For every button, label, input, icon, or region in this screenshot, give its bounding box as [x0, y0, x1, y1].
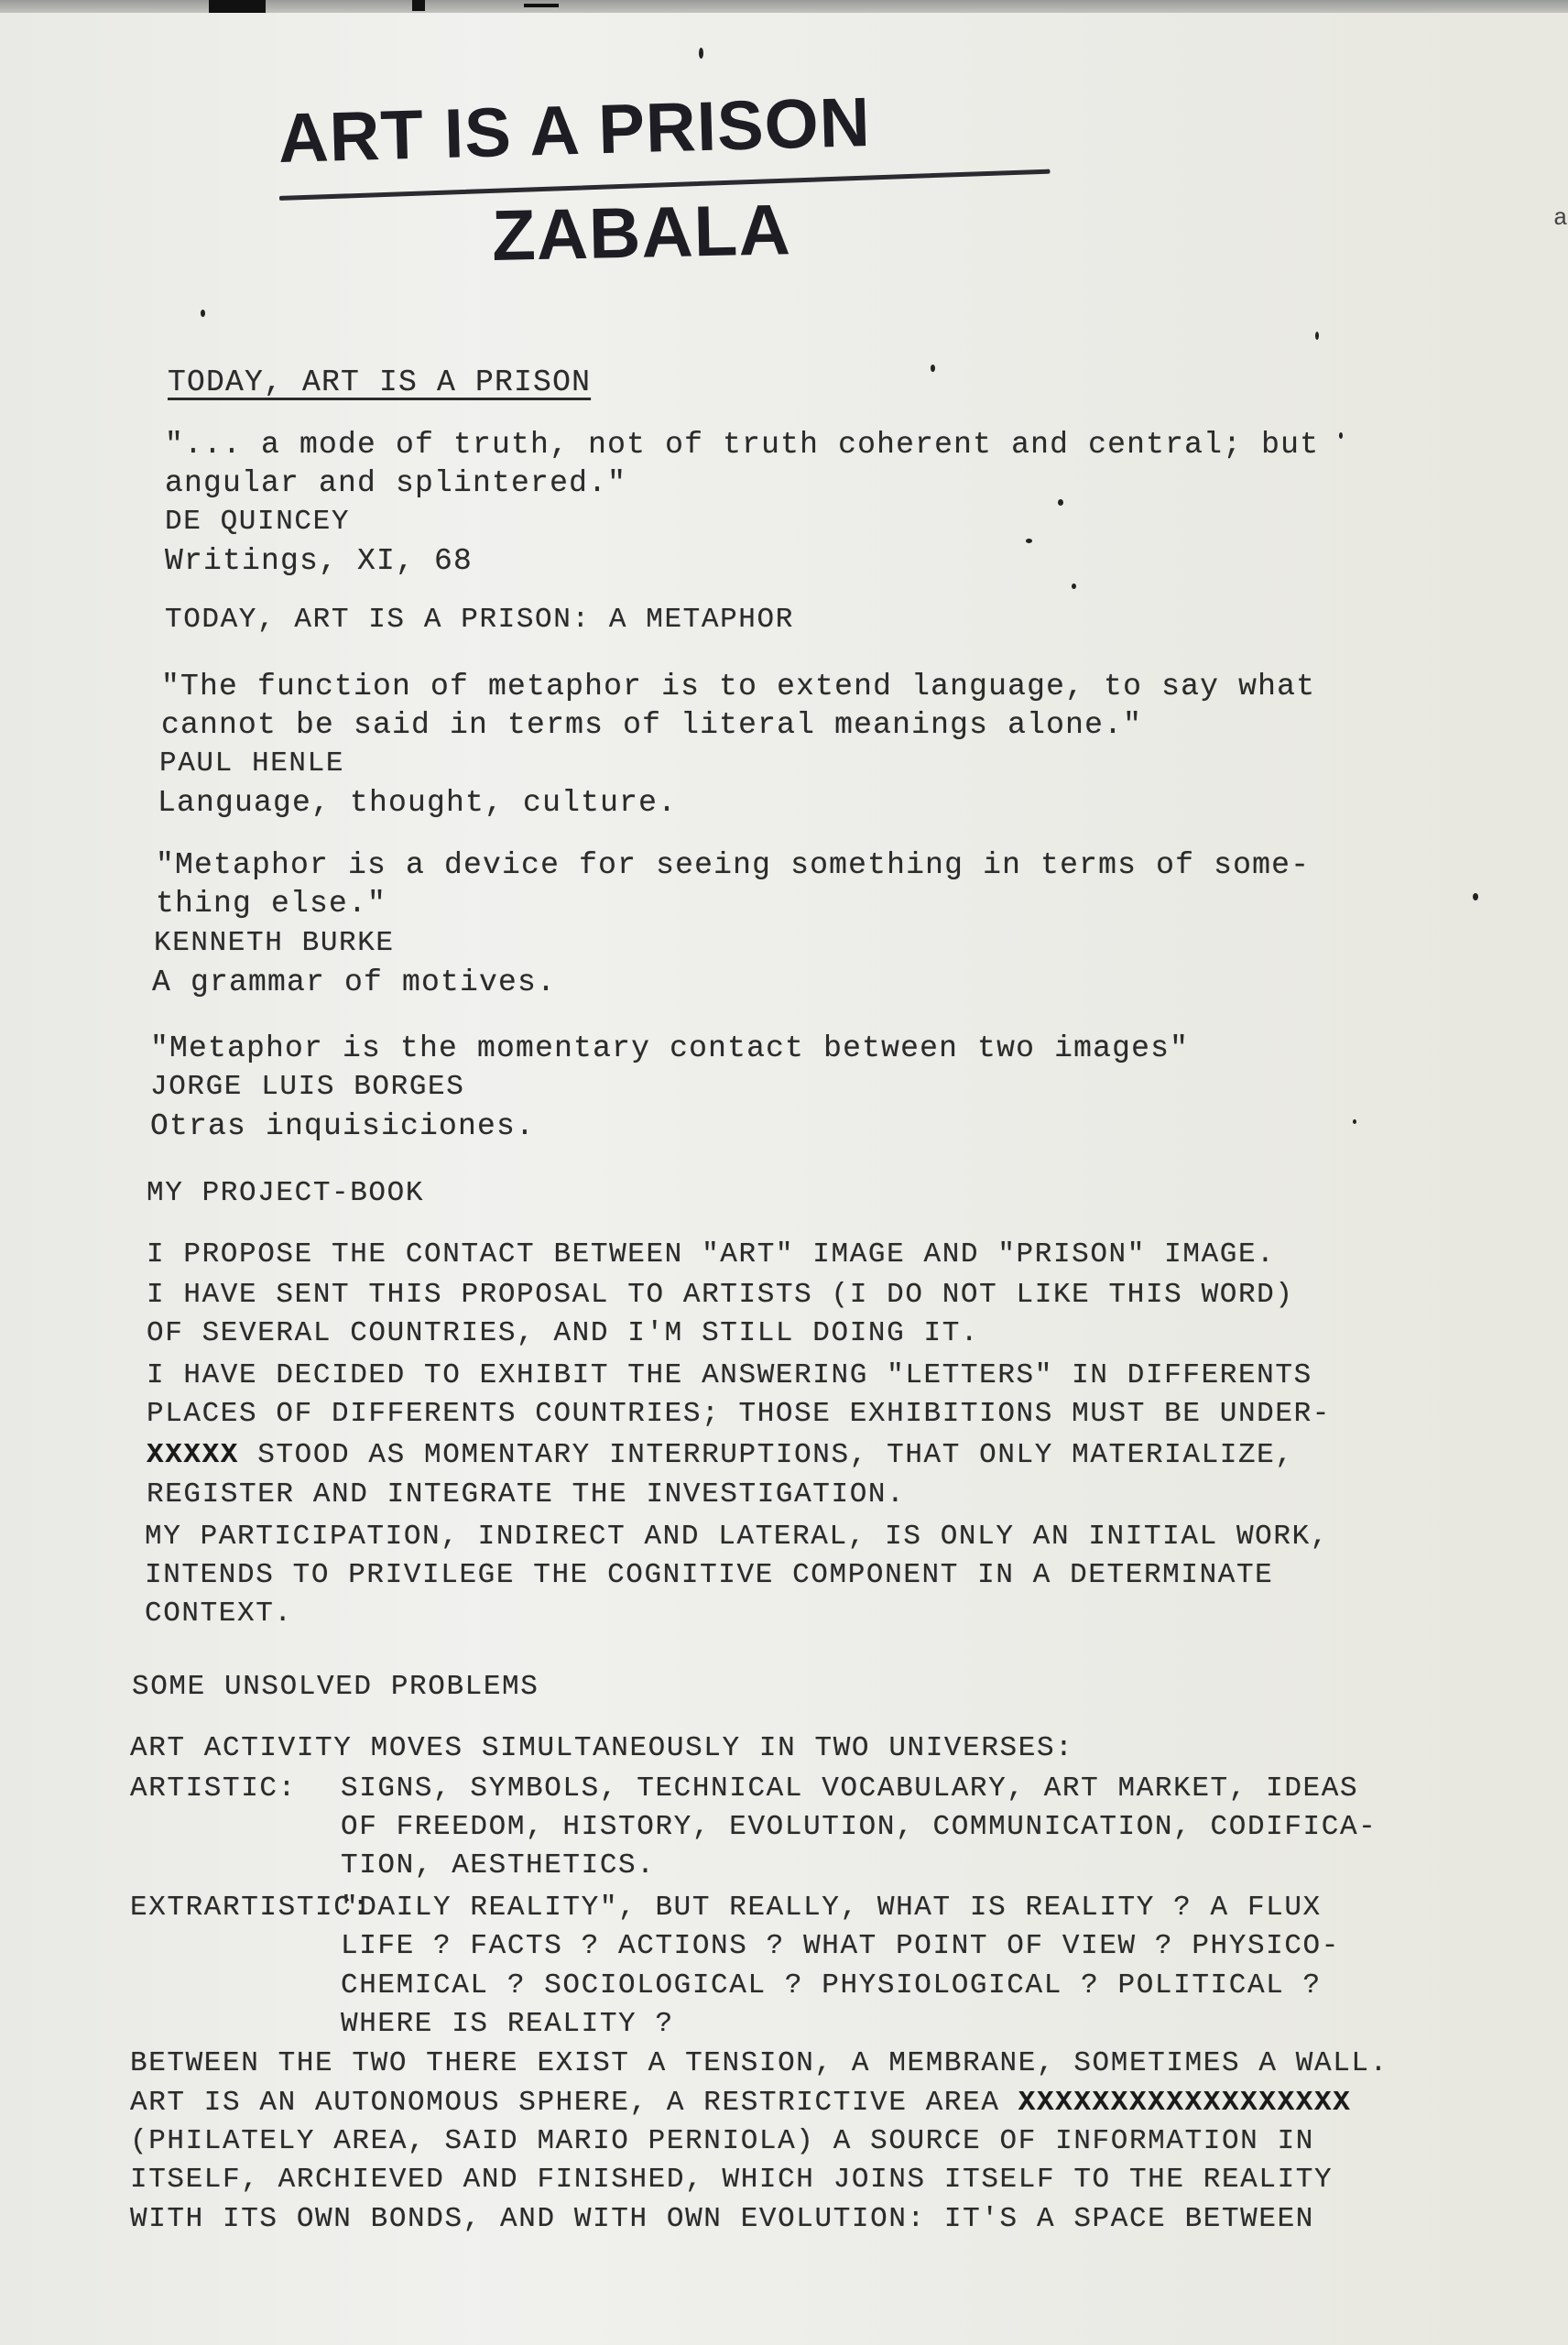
ink-speck	[1058, 499, 1063, 506]
section-heading-problems: SOME UNSOLVED PROBLEMS	[132, 1669, 539, 1706]
ink-speck	[1353, 1119, 1356, 1124]
quote-line: thing else."	[156, 886, 387, 922]
artistic-line: OF FREEDOM, HISTORY, EVOLUTION, COMMUNIC…	[341, 1809, 1377, 1846]
ink-speck	[201, 310, 205, 317]
closing-line-text: ART IS AN AUTONOMOUS SPHERE, A RESTRICTI…	[130, 2087, 1018, 2119]
extrartistic-line: CHEMICAL ? SOCIOLOGICAL ? PHYSIOLOGICAL …	[341, 1968, 1322, 2004]
project-line: I HAVE SENT THIS PROPOSAL TO ARTISTS (I …	[147, 1277, 1294, 1314]
quote-source: Otras inquisiciones.	[150, 1108, 535, 1145]
quote-source: Language, thought, culture.	[158, 785, 677, 822]
project-line-text: STOOD AS MOMENTARY INTERRUPTIONS, THAT O…	[257, 1439, 1293, 1471]
document-author: ZABALA	[491, 188, 791, 278]
ink-speck	[1473, 893, 1478, 900]
quote-author: KENNETH BURKE	[154, 925, 395, 962]
closing-line: ITSELF, ARCHIEVED AND FINISHED, WHICH JO…	[130, 2162, 1333, 2198]
top-edge-mark	[412, 0, 425, 11]
ink-speck	[1339, 432, 1343, 439]
project-line-with-strike: XXXXX STOOD AS MOMENTARY INTERRUPTIONS, …	[147, 1437, 1294, 1474]
extrartistic-line: WHERE IS REALITY ?	[341, 2006, 674, 2043]
quote-source: A grammar of motives.	[152, 965, 556, 1001]
project-line: I HAVE DECIDED TO EXHIBIT THE ANSWERING …	[147, 1358, 1312, 1394]
quote-line: "Metaphor is a device for seeing somethi…	[156, 847, 1310, 884]
quote-source: Writings, XI, 68	[165, 543, 473, 580]
extrartistic-line: "DAILY REALITY", BUT REALLY, WHAT IS REA…	[341, 1890, 1322, 1926]
quote-line: cannot be said in terms of literal meani…	[161, 707, 1142, 744]
section-heading-intro: TODAY, ART IS A PRISON	[168, 365, 591, 401]
quote-author: PAUL HENLE	[159, 746, 344, 782]
closing-line: WITH ITS OWN BONDS, AND WITH OWN EVOLUTI…	[130, 2201, 1314, 2238]
extrartistic-line: LIFE ? FACTS ? ACTIONS ? WHAT POINT OF V…	[341, 1928, 1340, 1965]
quote-author: DE QUINCEY	[165, 504, 350, 540]
struck-out-text: XXXXX	[147, 1439, 239, 1471]
project-line: CONTEXT.	[145, 1596, 293, 1632]
project-line: MY PARTICIPATION, INDIRECT AND LATERAL, …	[145, 1519, 1329, 1555]
ink-speck	[1315, 332, 1319, 340]
margin-fragment: a	[1553, 204, 1568, 232]
project-line: I PROPOSE THE CONTACT BETWEEN "ART" IMAG…	[147, 1237, 1275, 1273]
ink-speck	[699, 48, 703, 59]
quote-line: "Metaphor is the momentary contact betwe…	[150, 1031, 1189, 1067]
ink-speck	[931, 365, 935, 372]
problems-intro: ART ACTIVITY MOVES SIMULTANEOUSLY IN TWO…	[130, 1730, 1073, 1767]
ink-speck	[1072, 584, 1076, 589]
document-title: ART IS A PRISON	[278, 82, 872, 179]
quote-line: angular and splintered."	[165, 465, 626, 502]
extrartistic-label: EXTRARTISTIC:	[130, 1890, 371, 1926]
quote-author: JORGE LUIS BORGES	[150, 1069, 464, 1106]
quote-line: "The function of metaphor is to extend l…	[161, 669, 1315, 705]
closing-line-with-strike: ART IS AN AUTONOMOUS SPHERE, A RESTRICTI…	[130, 2085, 1351, 2121]
artistic-label: ARTISTIC:	[130, 1771, 297, 1807]
closing-line: (PHILATELY AREA, SAID MARIO PERNIOLA) A …	[130, 2123, 1314, 2160]
section-heading-project: MY PROJECT-BOOK	[147, 1175, 424, 1212]
artistic-line: SIGNS, SYMBOLS, TECHNICAL VOCABULARY, AR…	[341, 1771, 1358, 1807]
project-line: PLACES OF DIFFERENTS COUNTRIES; THOSE EX…	[147, 1396, 1331, 1433]
project-line: OF SEVERAL COUNTRIES, AND I'M STILL DOIN…	[147, 1315, 979, 1352]
quote-line: "... a mode of truth, not of truth coher…	[165, 427, 1319, 464]
struck-out-text: XXXXXXXXXXXXXXXXXX	[1018, 2087, 1352, 2119]
project-line: INTENDS TO PRIVILEGE THE COGNITIVE COMPO…	[145, 1557, 1273, 1594]
project-line: REGISTER AND INTEGRATE THE INVESTIGATION…	[147, 1477, 905, 1513]
artistic-line: TION, AESTHETICS.	[341, 1848, 655, 1884]
section-heading-metaphor: TODAY, ART IS A PRISON: A METAPHOR	[165, 602, 794, 638]
ink-speck	[1026, 539, 1032, 543]
top-edge-mark	[524, 4, 559, 7]
closing-line: BETWEEN THE TWO THERE EXIST A TENSION, A…	[130, 2045, 1388, 2082]
